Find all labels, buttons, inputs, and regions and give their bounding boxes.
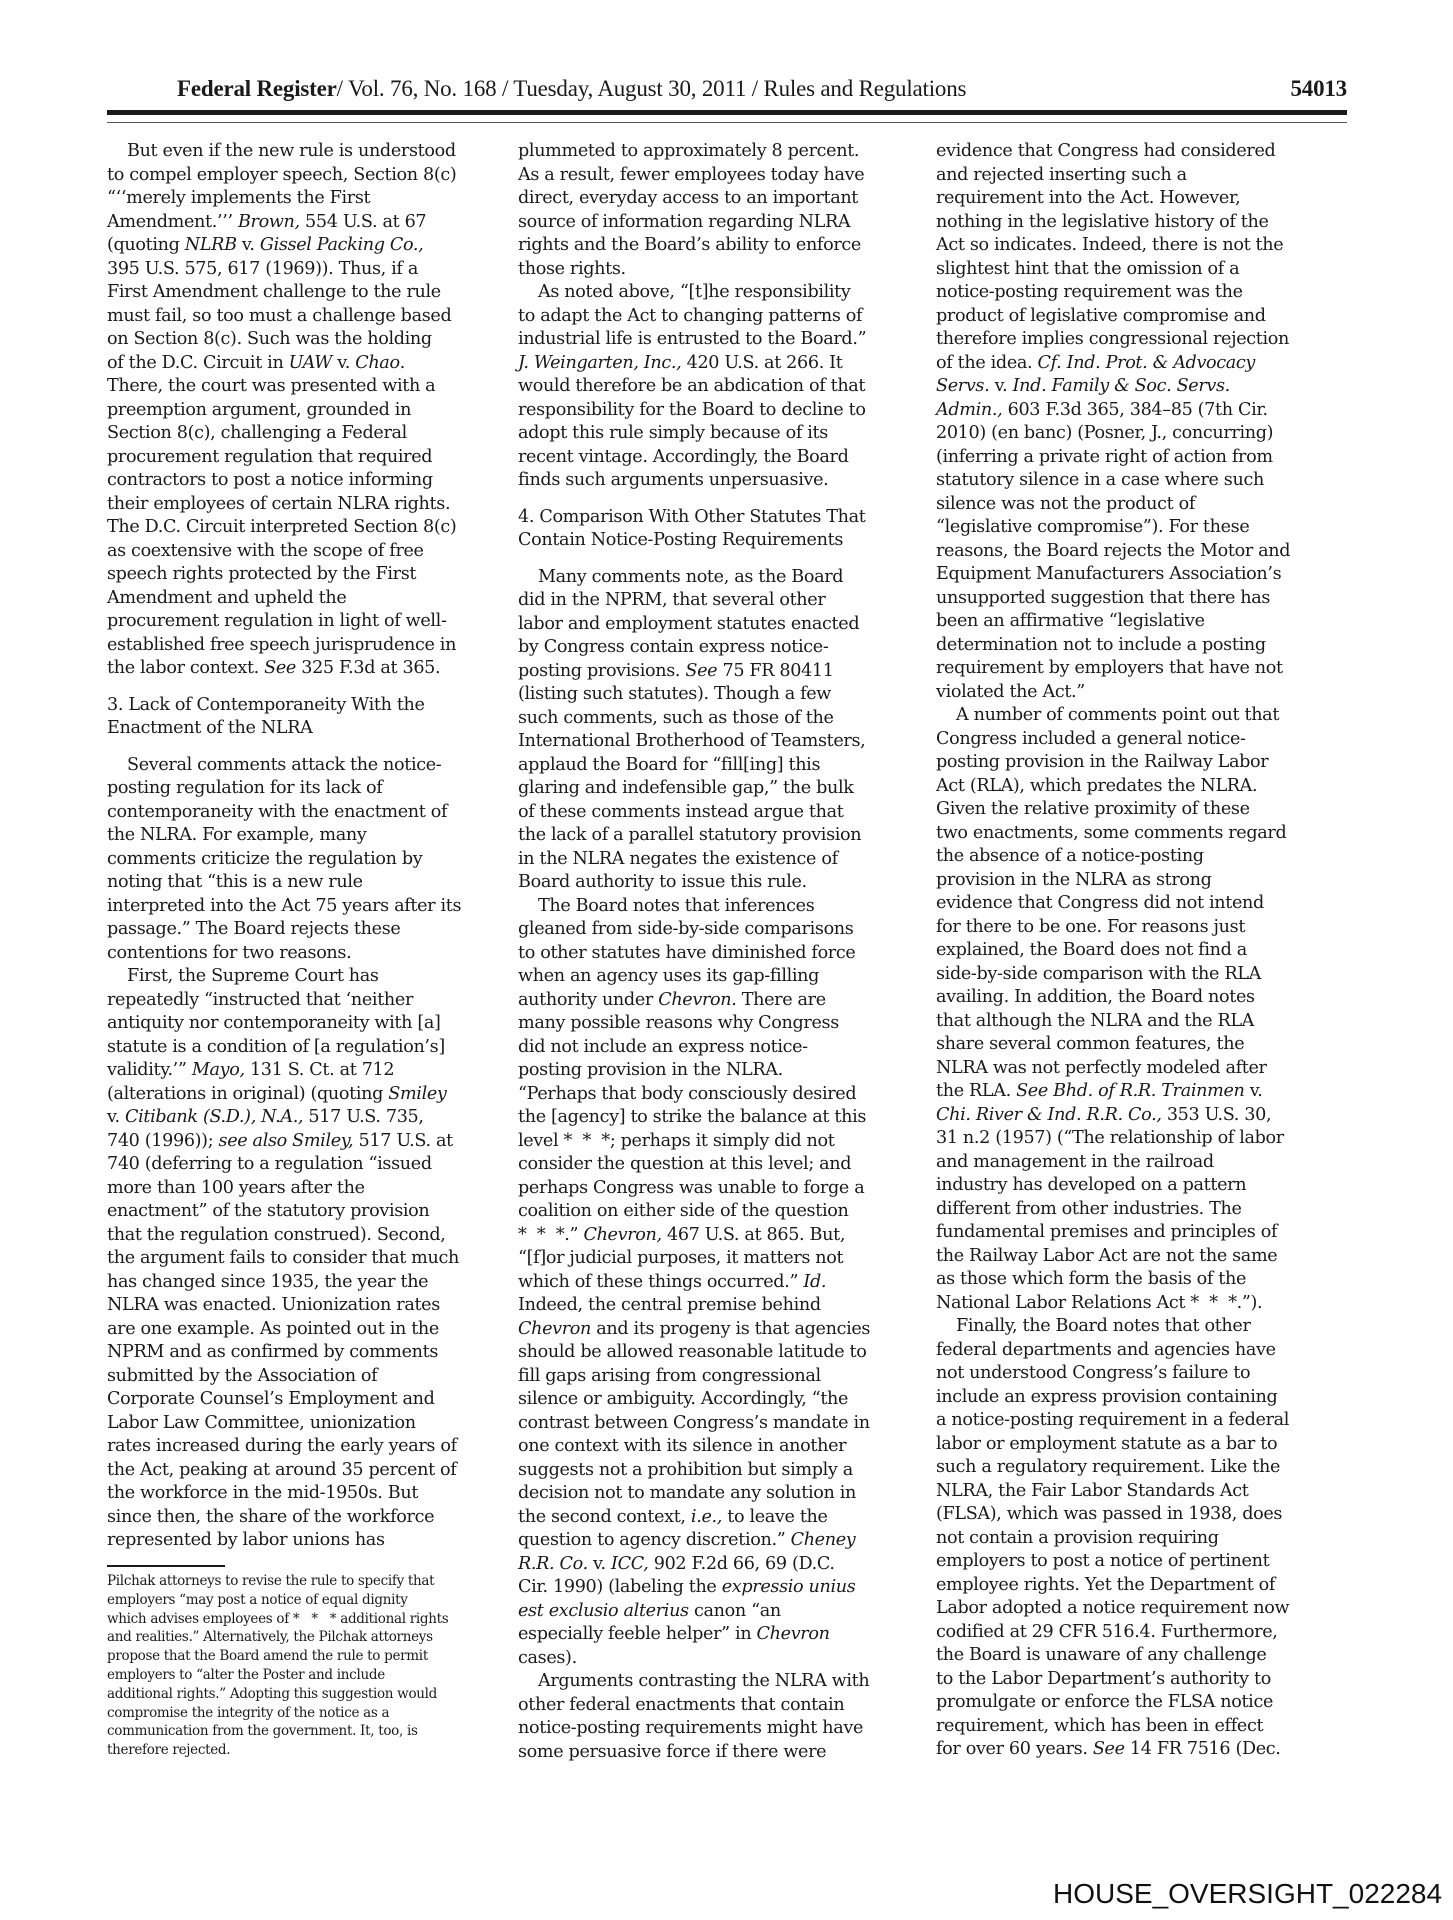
text-line: contractors to post a notice informing bbox=[107, 469, 505, 493]
text-line: requirement by employers that have not bbox=[936, 657, 1334, 681]
text-line: promulgate or enforce the FLSA notice bbox=[936, 1691, 1334, 1715]
text-line: 3. Lack of Contemporaneity With the bbox=[107, 694, 505, 718]
text-line: requirement into the Act. However, bbox=[936, 187, 1334, 211]
text-line: the Railway Labor Act are not the same bbox=[936, 1245, 1334, 1269]
text-line: did not include an express notice- bbox=[518, 1036, 916, 1060]
text-line: different from other industries. The bbox=[936, 1198, 1334, 1222]
text-line: Given the relative proximity of these bbox=[936, 798, 1334, 822]
text-line: Labor adopted a notice requirement now bbox=[936, 1597, 1334, 1621]
text-line: nothing in the legislative history of th… bbox=[936, 211, 1334, 235]
text-line: therefore implies congressional rejectio… bbox=[936, 328, 1334, 352]
text-line: rights and the Board’s ability to enforc… bbox=[518, 234, 916, 258]
text-column-3: evidence that Congress had consideredand… bbox=[936, 140, 1334, 1762]
text-line: 740 (deferring to a regulation “issued bbox=[107, 1153, 505, 1177]
text-line: by Congress contain express notice- bbox=[518, 636, 916, 660]
text-line: not contain a provision requiring bbox=[936, 1527, 1334, 1551]
header-rule-thick bbox=[107, 110, 1347, 115]
text-line: posting provision in the NLRA. bbox=[518, 1059, 916, 1083]
text-line: 2010) (en banc) (Posner, J., concurring) bbox=[936, 422, 1334, 446]
text-line: validity.’” Mayo, 131 S. Ct. at 712 bbox=[107, 1059, 505, 1083]
text-line: those rights. bbox=[518, 258, 916, 282]
text-line: been an affirmative “legislative bbox=[936, 610, 1334, 634]
footnote-line: propose that the Board amend the rule to… bbox=[107, 1647, 512, 1666]
text-line: to adapt the Act to changing patterns of bbox=[518, 305, 916, 329]
text-line: and management in the railroad bbox=[936, 1151, 1334, 1175]
text-line: direct, everyday access to an important bbox=[518, 187, 916, 211]
text-line: statute is a condition of [a regulation’… bbox=[107, 1036, 505, 1060]
text-line: the [agency] to strike the balance at th… bbox=[518, 1106, 916, 1130]
text-line: procurement regulation in light of well- bbox=[107, 610, 505, 634]
text-line: Chevron and its progeny is that agencies bbox=[518, 1318, 916, 1342]
text-line: to other statutes have diminished force bbox=[518, 942, 916, 966]
text-line: established free speech jurisprudence in bbox=[107, 634, 505, 658]
text-line: Corporate Counsel’s Employment and bbox=[107, 1388, 505, 1412]
footnote-line: which advises employees of * * * additio… bbox=[107, 1610, 512, 1629]
text-line: a notice-posting requirement in a federa… bbox=[936, 1409, 1334, 1433]
text-line: First, the Supreme Court has bbox=[107, 965, 505, 989]
text-line: of the idea. Cf. Ind. Prot. & Advocacy bbox=[936, 352, 1334, 376]
text-line: Section 8(c), challenging a Federal bbox=[107, 422, 505, 446]
text-line: (quoting NLRB v. Gissel Packing Co., bbox=[107, 234, 505, 258]
text-line: the argument fails to consider that much bbox=[107, 1247, 505, 1271]
text-line: Contain Notice-Posting Requirements bbox=[518, 529, 916, 553]
text-line: would therefore be an abdication of that bbox=[518, 375, 916, 399]
footnote-line: employers to “alter the Poster and inclu… bbox=[107, 1666, 512, 1685]
text-line: Arguments contrasting the NLRA with bbox=[518, 1670, 916, 1694]
text-line: their employees of certain NLRA rights. bbox=[107, 493, 505, 517]
text-line: J. Weingarten, Inc., 420 U.S. at 266. It bbox=[518, 352, 916, 376]
text-line: Labor Law Committee, unionization bbox=[107, 1412, 505, 1436]
text-line: federal departments and agencies have bbox=[936, 1339, 1334, 1363]
text-line: (listing such statutes). Though a few bbox=[518, 683, 916, 707]
text-line: statutory silence in a case where such bbox=[936, 469, 1334, 493]
text-line: NLRA, the Fair Labor Standards Act bbox=[936, 1480, 1334, 1504]
text-line: include an express provision containing bbox=[936, 1386, 1334, 1410]
text-line: responsibility for the Board to decline … bbox=[518, 399, 916, 423]
text-line: Chi. River & Ind. R.R. Co., 353 U.S. 30, bbox=[936, 1104, 1334, 1128]
text-line: such a regulatory requirement. Like the bbox=[936, 1456, 1334, 1480]
text-line: suggests not a prohibition but simply a bbox=[518, 1459, 916, 1483]
text-line: passage.” The Board rejects these bbox=[107, 918, 505, 942]
text-line: silence or ambiguity. Accordingly, “the bbox=[518, 1388, 916, 1412]
text-line: Act (RLA), which predates the NLRA. bbox=[936, 775, 1334, 799]
text-line: notice-posting requirement was the bbox=[936, 281, 1334, 305]
text-line: Admin., 603 F.3d 365, 384–85 (7th Cir. bbox=[936, 399, 1334, 423]
text-line: interpreted into the Act 75 years after … bbox=[107, 895, 505, 919]
text-line: Equipment Manufacturers Association’s bbox=[936, 563, 1334, 587]
text-line: authority under Chevron. There are bbox=[518, 989, 916, 1013]
footnote-line: compromise the integrity of the notice a… bbox=[107, 1704, 512, 1723]
text-line: silence was not the product of bbox=[936, 493, 1334, 517]
paragraph-gap bbox=[518, 493, 916, 506]
text-line: contentions for two reasons. bbox=[107, 942, 505, 966]
text-line: Act so indicates. Indeed, there is not t… bbox=[936, 234, 1334, 258]
text-line: posting regulation for its lack of bbox=[107, 777, 505, 801]
text-line: the absence of a notice-posting bbox=[936, 845, 1334, 869]
text-line: and rejected inserting such a bbox=[936, 164, 1334, 188]
text-line: the Board is unaware of any challenge bbox=[936, 1644, 1334, 1668]
text-line: procurement regulation that required bbox=[107, 446, 505, 470]
paragraph-gap bbox=[107, 741, 505, 754]
text-line: fill gaps arising from congressional bbox=[518, 1365, 916, 1389]
text-line: decision not to mandate any solution in bbox=[518, 1482, 916, 1506]
text-line: that although the NLRA and the RLA bbox=[936, 1010, 1334, 1034]
text-line: There, the court was presented with a bbox=[107, 375, 505, 399]
text-line: explained, the Board does not find a bbox=[936, 939, 1334, 963]
text-line: labor and employment statutes enacted bbox=[518, 613, 916, 637]
header-rule-thin bbox=[107, 122, 1347, 123]
text-line: notice-posting requirements might have bbox=[518, 1717, 916, 1741]
text-line: 740 (1996)); see also Smiley, 517 U.S. a… bbox=[107, 1130, 505, 1154]
text-line: not understood Congress’s failure to bbox=[936, 1362, 1334, 1386]
text-line: since then, the share of the workforce bbox=[107, 1506, 505, 1530]
text-line: must fail, so too must a challenge based bbox=[107, 305, 505, 329]
text-line: National Labor Relations Act * * *.”). bbox=[936, 1292, 1334, 1316]
text-line: employers to post a notice of pertinent bbox=[936, 1550, 1334, 1574]
text-line: the RLA. See Bhd. of R.R. Trainmen v. bbox=[936, 1080, 1334, 1104]
text-line: especially feeble helper” in Chevron bbox=[518, 1623, 916, 1647]
issue-info: / Vol. 76, No. 168 / Tuesday, August 30,… bbox=[337, 76, 967, 101]
text-line: to the Labor Department’s authority to bbox=[936, 1668, 1334, 1692]
text-line: availing. In addition, the Board notes bbox=[936, 986, 1334, 1010]
footnote-line: Pilchak attorneys to revise the rule to … bbox=[107, 1572, 512, 1591]
text-line: (inferring a private right of action fro… bbox=[936, 446, 1334, 470]
text-column-2: plummeted to approximately 8 percent.As … bbox=[518, 140, 916, 1764]
text-line: the lack of a parallel statutory provisi… bbox=[518, 824, 916, 848]
footnote-line: communication from the government. It, t… bbox=[107, 1722, 512, 1741]
text-line: Servs. v. Ind. Family & Soc. Servs. bbox=[936, 375, 1334, 399]
paragraph-gap bbox=[518, 553, 916, 566]
footnote-line: therefore rejected. bbox=[107, 1741, 512, 1760]
text-line: determination not to include a posting bbox=[936, 634, 1334, 658]
page-number: 54013 bbox=[1290, 76, 1347, 102]
text-line: evidence that Congress did not intend bbox=[936, 892, 1334, 916]
text-line: “‘‘merely implements the First bbox=[107, 187, 505, 211]
text-line: v. Citibank (S.D.), N.A., 517 U.S. 735, bbox=[107, 1106, 505, 1130]
text-line: the NLRA. For example, many bbox=[107, 824, 505, 848]
text-line: finds such arguments unpersuasive. bbox=[518, 469, 916, 493]
text-line: other federal enactments that contain bbox=[518, 1694, 916, 1718]
text-line: preemption argument, grounded in bbox=[107, 399, 505, 423]
text-line: to compel employer speech, Section 8(c) bbox=[107, 164, 505, 188]
text-line: plummeted to approximately 8 percent. bbox=[518, 140, 916, 164]
text-line: posting provision in the Railway Labor bbox=[936, 751, 1334, 775]
text-line: evidence that Congress had considered bbox=[936, 140, 1334, 164]
text-line: slightest hint that the omission of a bbox=[936, 258, 1334, 282]
text-line: two enactments, some comments regard bbox=[936, 822, 1334, 846]
text-line: adopt this rule simply because of its bbox=[518, 422, 916, 446]
text-line: for over 60 years. See 14 FR 7516 (Dec. bbox=[936, 1738, 1334, 1762]
text-line: applaud the Board for “fill[ing] this bbox=[518, 754, 916, 778]
text-line: contemporaneity with the enactment of bbox=[107, 801, 505, 825]
text-line: International Brotherhood of Teamsters, bbox=[518, 730, 916, 754]
text-line: 31 n.2 (1957) (“The relationship of labo… bbox=[936, 1127, 1334, 1151]
text-line: violated the Act.” bbox=[936, 681, 1334, 705]
text-line: “[f]or judicial purposes, it matters not bbox=[518, 1247, 916, 1271]
text-line: (FLSA), which was passed in 1938, does bbox=[936, 1503, 1334, 1527]
text-line: contrast between Congress’s mandate in bbox=[518, 1412, 916, 1436]
text-line: NPRM and as confirmed by comments bbox=[107, 1341, 505, 1365]
text-line: as coextensive with the scope of free bbox=[107, 540, 505, 564]
text-line: submitted by the Association of bbox=[107, 1365, 505, 1389]
text-line: employee rights. Yet the Department of bbox=[936, 1574, 1334, 1598]
text-line: industry has developed on a pattern bbox=[936, 1174, 1334, 1198]
text-line: more than 100 years after the bbox=[107, 1177, 505, 1201]
text-line: did in the NPRM, that several other bbox=[518, 589, 916, 613]
text-line: one context with its silence in another bbox=[518, 1435, 916, 1459]
text-line: Several comments attack the notice- bbox=[107, 754, 505, 778]
text-line: 395 U.S. 575, 617 (1969)). Thus, if a bbox=[107, 258, 505, 282]
text-line: (alterations in original) (quoting Smile… bbox=[107, 1083, 505, 1107]
text-line: on Section 8(c). Such was the holding bbox=[107, 328, 505, 352]
text-line: Indeed, the central premise behind bbox=[518, 1294, 916, 1318]
text-line: requirement, which has been in effect bbox=[936, 1715, 1334, 1739]
footnote: Pilchak attorneys to revise the rule to … bbox=[107, 1572, 512, 1760]
text-line: “Perhaps that body consciously desired bbox=[518, 1083, 916, 1107]
text-line: in the NLRA negates the existence of bbox=[518, 848, 916, 872]
publication-name: Federal Register bbox=[177, 76, 337, 101]
text-line: First Amendment challenge to the rule bbox=[107, 281, 505, 305]
text-line: of the D.C. Circuit in UAW v. Chao. bbox=[107, 352, 505, 376]
text-line: comments criticize the regulation by bbox=[107, 848, 505, 872]
text-line: are one example. As pointed out in the bbox=[107, 1318, 505, 1342]
text-line: such comments, such as those of the bbox=[518, 707, 916, 731]
text-line: But even if the new rule is understood bbox=[107, 140, 505, 164]
header-title: Federal Register/ Vol. 76, No. 168 / Tue… bbox=[177, 76, 966, 102]
text-line: level * * *; perhaps it simply did not bbox=[518, 1130, 916, 1154]
text-line: Congress included a general notice- bbox=[936, 728, 1334, 752]
footnote-rule bbox=[107, 1565, 225, 1567]
text-line: A number of comments point out that bbox=[936, 704, 1334, 728]
text-line: many possible reasons why Congress bbox=[518, 1012, 916, 1036]
text-line: of these comments instead argue that bbox=[518, 801, 916, 825]
text-line: provision in the NLRA as strong bbox=[936, 869, 1334, 893]
footnote-line: additional rights.” Adopting this sugges… bbox=[107, 1685, 512, 1704]
text-line: recent vintage. Accordingly, the Board bbox=[518, 446, 916, 470]
text-line: NLRA was not perfectly modeled after bbox=[936, 1057, 1334, 1081]
text-line: consider the question at this level; and bbox=[518, 1153, 916, 1177]
text-line: source of information regarding NLRA bbox=[518, 211, 916, 235]
text-line: As noted above, “[t]he responsibility bbox=[518, 281, 916, 305]
text-line: * * *.” Chevron, 467 U.S. at 865. But, bbox=[518, 1224, 916, 1248]
text-line: industrial life is entrusted to the Boar… bbox=[518, 328, 916, 352]
text-line: which of these things occurred.” Id. bbox=[518, 1271, 916, 1295]
text-line: should be allowed reasonable latitude to bbox=[518, 1341, 916, 1365]
text-line: Amendment and upheld the bbox=[107, 587, 505, 611]
text-line: posting provisions. See 75 FR 80411 bbox=[518, 660, 916, 684]
text-line: the Act, peaking at around 35 percent of bbox=[107, 1459, 505, 1483]
text-column-1: But even if the new rule is understoodto… bbox=[107, 140, 505, 1553]
text-line: some persuasive force if there were bbox=[518, 1741, 916, 1765]
text-line: the second context, i.e., to leave the bbox=[518, 1506, 916, 1530]
text-line: Enactment of the NLRA bbox=[107, 717, 505, 741]
text-line: NLRA was enacted. Unionization rates bbox=[107, 1294, 505, 1318]
text-line: 4. Comparison With Other Statutes That bbox=[518, 506, 916, 530]
text-line: cases). bbox=[518, 1647, 916, 1671]
text-line: perhaps Congress was unable to forge a bbox=[518, 1177, 916, 1201]
bates-stamp: HOUSE_OVERSIGHT_022284 bbox=[1053, 1878, 1442, 1910]
text-line: speech rights protected by the First bbox=[107, 563, 505, 587]
text-line: side-by-side comparison with the RLA bbox=[936, 963, 1334, 987]
text-line: As a result, fewer employees today have bbox=[518, 164, 916, 188]
text-line: “legislative compromise”). For these bbox=[936, 516, 1334, 540]
text-line: repeatedly “instructed that ‘neither bbox=[107, 989, 505, 1013]
text-line: enactment” of the statutory provision bbox=[107, 1200, 505, 1224]
text-line: fundamental premises and principles of bbox=[936, 1221, 1334, 1245]
text-line: est exclusio alterius canon “an bbox=[518, 1600, 916, 1624]
text-line: Many comments note, as the Board bbox=[518, 566, 916, 590]
paragraph-gap bbox=[107, 681, 505, 694]
text-line: codified at 29 CFR 516.4. Furthermore, bbox=[936, 1621, 1334, 1645]
text-line: question to agency discretion.” Cheney bbox=[518, 1529, 916, 1553]
text-line: product of legislative compromise and bbox=[936, 305, 1334, 329]
text-line: reasons, the Board rejects the Motor and bbox=[936, 540, 1334, 564]
text-line: rates increased during the early years o… bbox=[107, 1435, 505, 1459]
text-line: the workforce in the mid-1950s. But bbox=[107, 1482, 505, 1506]
text-line: gleaned from side-by-side comparisons bbox=[518, 918, 916, 942]
footnote-line: employers “may post a notice of equal di… bbox=[107, 1591, 512, 1610]
running-header: Federal Register/ Vol. 76, No. 168 / Tue… bbox=[107, 72, 1347, 106]
text-line: Board authority to issue this rule. bbox=[518, 871, 916, 895]
text-line: when an agency uses its gap-filling bbox=[518, 965, 916, 989]
text-line: unsupported suggestion that there has bbox=[936, 587, 1334, 611]
text-line: glaring and indefensible gap,” the bulk bbox=[518, 777, 916, 801]
text-line: Finally, the Board notes that other bbox=[936, 1315, 1334, 1339]
text-line: Amendment.’’’ Brown, 554 U.S. at 67 bbox=[107, 211, 505, 235]
text-line: represented by labor unions has bbox=[107, 1529, 505, 1553]
text-line: antiquity nor contemporaneity with [a] bbox=[107, 1012, 505, 1036]
text-line: labor or employment statute as a bar to bbox=[936, 1433, 1334, 1457]
text-line: that the regulation construed). Second, bbox=[107, 1224, 505, 1248]
text-line: The D.C. Circuit interpreted Section 8(c… bbox=[107, 516, 505, 540]
text-line: as those which form the basis of the bbox=[936, 1268, 1334, 1292]
text-line: The Board notes that inferences bbox=[518, 895, 916, 919]
text-line: the labor context. See 325 F.3d at 365. bbox=[107, 657, 505, 681]
text-line: noting that “this is a new rule bbox=[107, 871, 505, 895]
text-line: for there to be one. For reasons just bbox=[936, 916, 1334, 940]
footnote-line: and realities.” Alternatively, the Pilch… bbox=[107, 1628, 512, 1647]
text-line: share several common features, the bbox=[936, 1033, 1334, 1057]
text-line: coalition on either side of the question bbox=[518, 1200, 916, 1224]
text-line: has changed since 1935, the year the bbox=[107, 1271, 505, 1295]
text-line: Cir. 1990) (labeling the expressio unius bbox=[518, 1576, 916, 1600]
text-line: R.R. Co. v. ICC, 902 F.2d 66, 69 (D.C. bbox=[518, 1553, 916, 1577]
